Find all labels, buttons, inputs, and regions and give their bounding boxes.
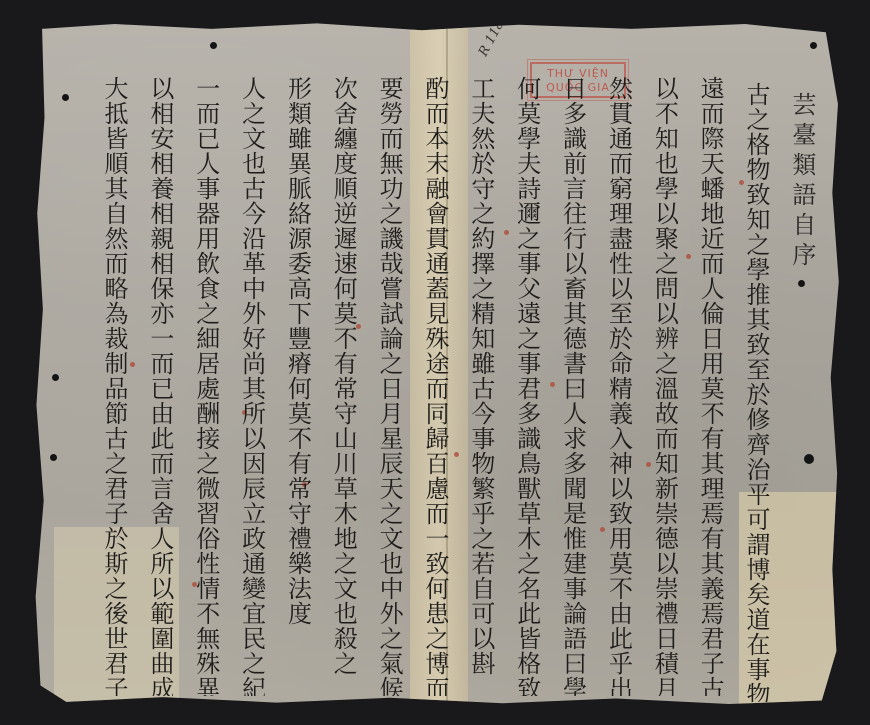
text-column-1: 古之格物致知之學推其致至於修齊治平可謂博矣道在事物事物之道 [736,72,776,702]
text-column-7: 工夫然於守之約擇之精知雖古今事物繁乎之若自可以斟 [461,72,501,696]
binding-hole [210,42,217,49]
text-column-10: 次舍纏度順逆遲速何莫不有常守山川草木地之文也殺之 [323,72,363,696]
text-column-14: 以相安相養相親相保亦一而已由此而言舍人所以範圍曲成之誠 [140,72,180,696]
text-column-6: 何莫學夫詩邇之事父遠之事君多識鳥獸草木之名此皆格致 [507,72,547,696]
text-column-15: 大抵皆順其自然而略為裁制品節古之君子於斯之後世君子 [94,72,134,696]
scan-background: THƯ VIỆN QUỐC GIA R 118 芸臺類語自序 古之格物致知之學推… [0,0,870,725]
binding-hole [52,374,59,381]
binding-hole [810,42,817,49]
text-column-8: 酌而本末融會貫通蓋見殊途而同歸百慮而一致何患之博而寡 [415,72,455,696]
text-column-5: 日多識前言往行以畜其德書曰人求多聞是惟建事論語曰學 [553,72,593,696]
text-column-2: 遠而際天蟠地近而人倫日用莫不有其理焉有其義焉君子古不究 [690,72,730,696]
binding-hole [62,94,69,101]
text-column-13: 一而已人事器用飲食之細居處酬接之微習俗性情不無殊異亦所 [186,72,226,696]
text-column-12: 人之文也古今沿革中外好尚其所以因辰立政通變宜民之紀 [232,72,272,696]
binding-hole [50,454,57,461]
text-column-3: 以不知也學以聚之問以辨之溫故而知新崇德以崇禮日積月累自 [644,72,684,696]
text-column-9: 要勞而無功之譏哉嘗試論之日月星辰天之文也中外之氣候雖異 [369,72,409,696]
manuscript-page: THƯ VIỆN QUỐC GIA R 118 芸臺類語自序 古之格物致知之學推… [34,22,842,706]
call-number: R 118 [476,18,507,59]
text-columns: 芸臺類語自序 古之格物致知之學推其致至於修齊治平可謂博矣道在事物事物之道 遠而際… [94,72,822,692]
text-column-11: 形類雖異脈絡源委高下豐瘠何莫不有常守禮樂法度 [277,72,317,696]
document-title: 芸臺類語自序 [782,72,822,712]
text-column-4: 然貫通而窮理盡性以至於命精義入神以致用莫不由此乎出矣易 [598,72,638,696]
